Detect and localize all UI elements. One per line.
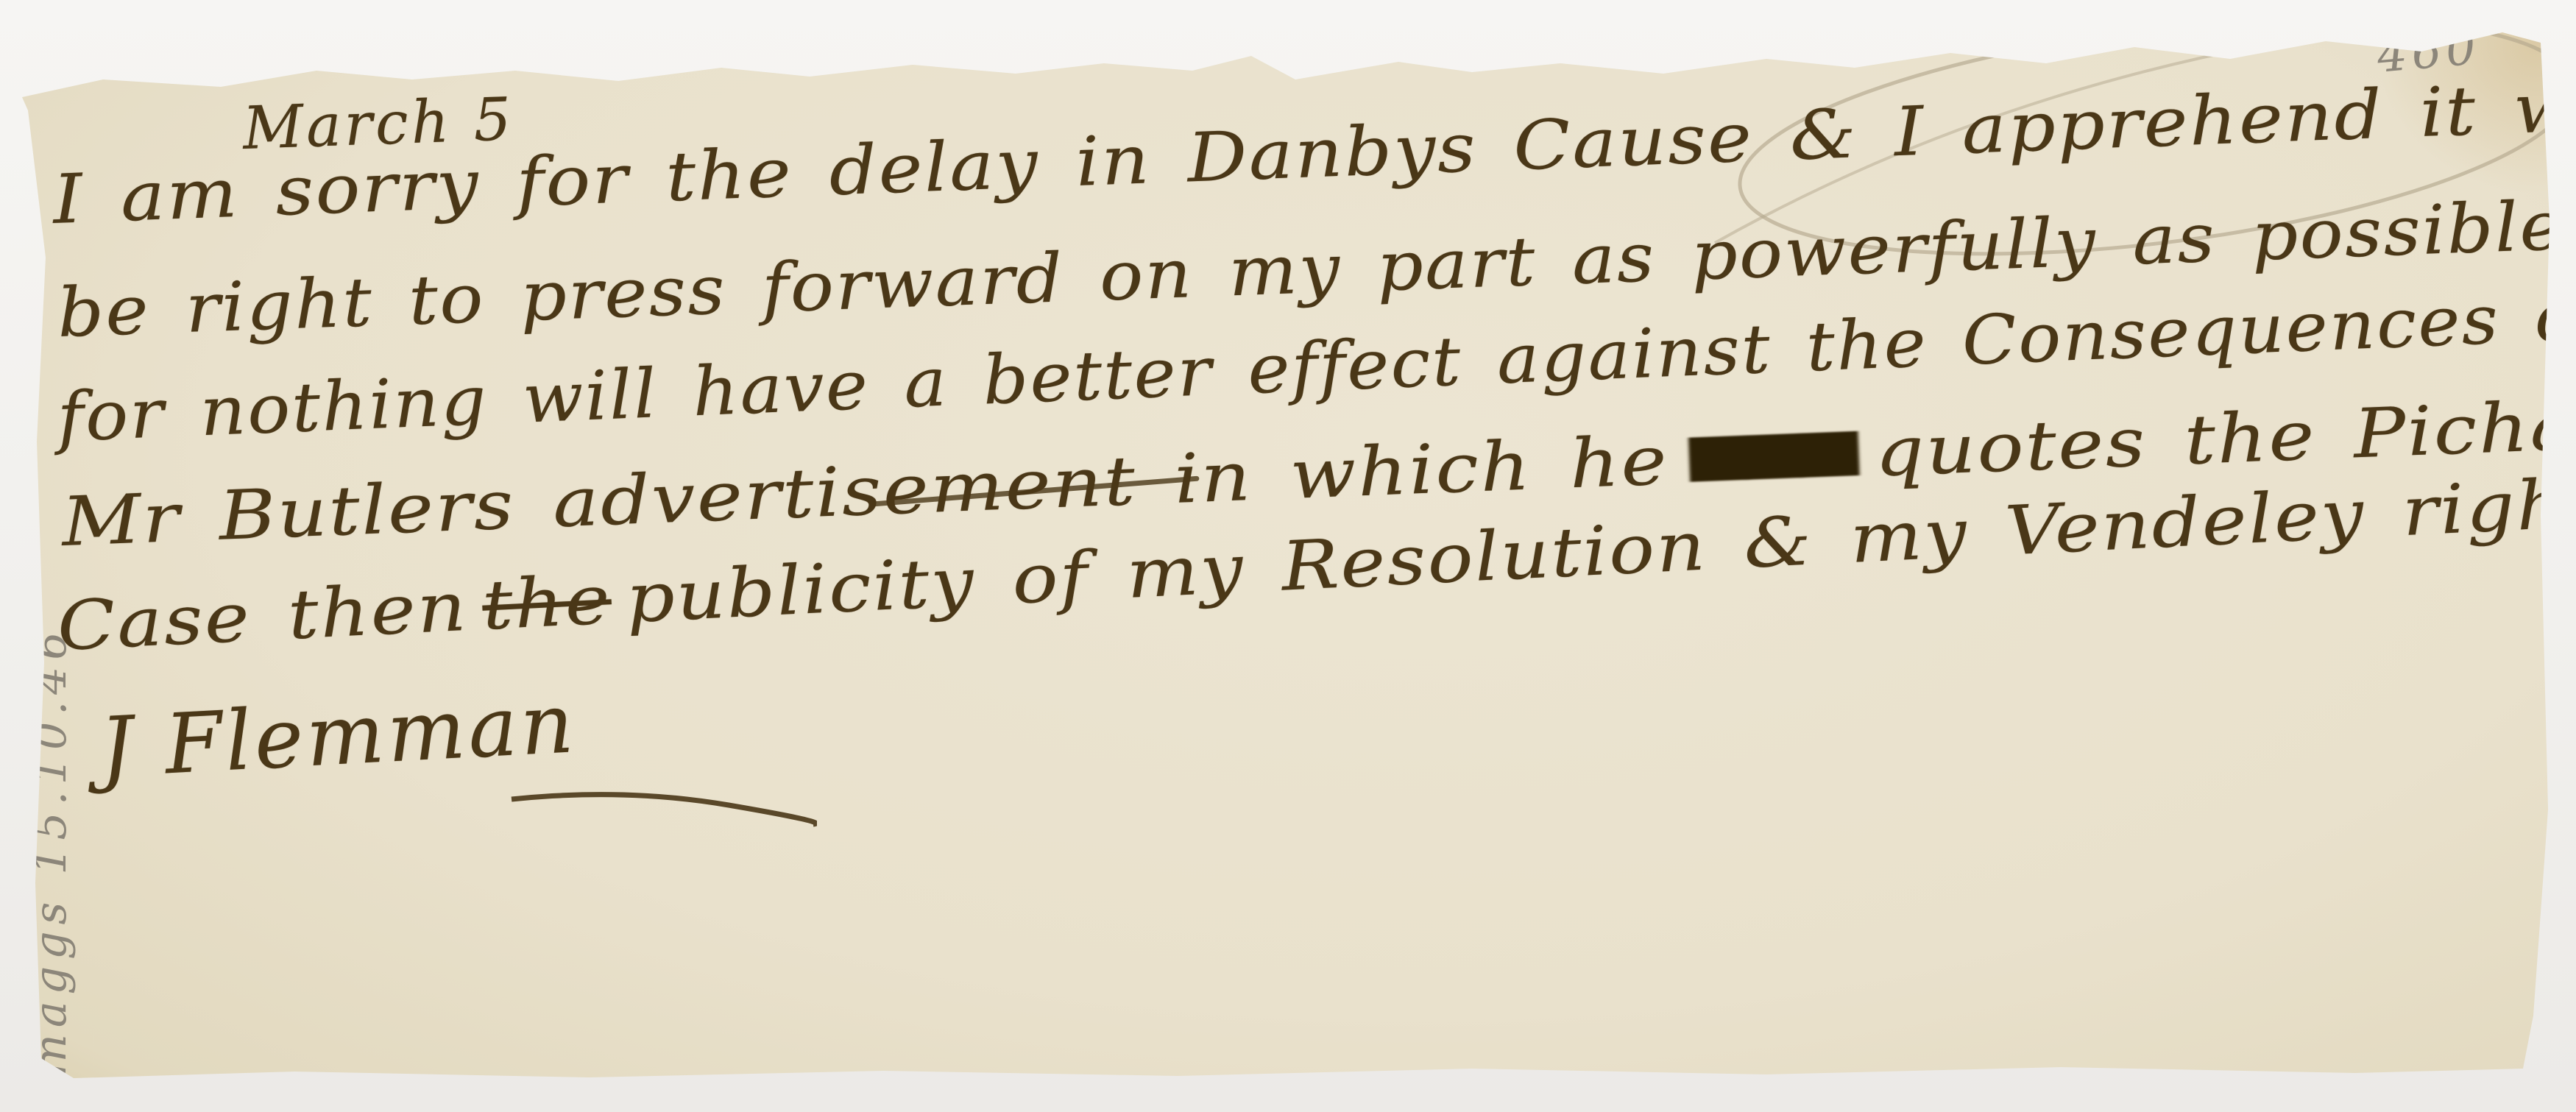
struck-through-word: the — [481, 560, 613, 645]
crossed-out-word-blot: ███ — [1689, 432, 1854, 481]
catalog-number: 460 — [2375, 21, 2483, 84]
manuscript-paper: March 5 I am sorry for the delay in Danb… — [0, 0, 2576, 1112]
screenshot-root: { "page": { "background_color": "#f2f1ee… — [0, 0, 2576, 1112]
signature: J Flemman — [98, 676, 579, 796]
letter-line-5-start: Case then — [55, 567, 469, 666]
signature-flourish — [508, 786, 817, 830]
dealer-pencil-note: maggs 15.10.46 — [25, 625, 77, 1076]
